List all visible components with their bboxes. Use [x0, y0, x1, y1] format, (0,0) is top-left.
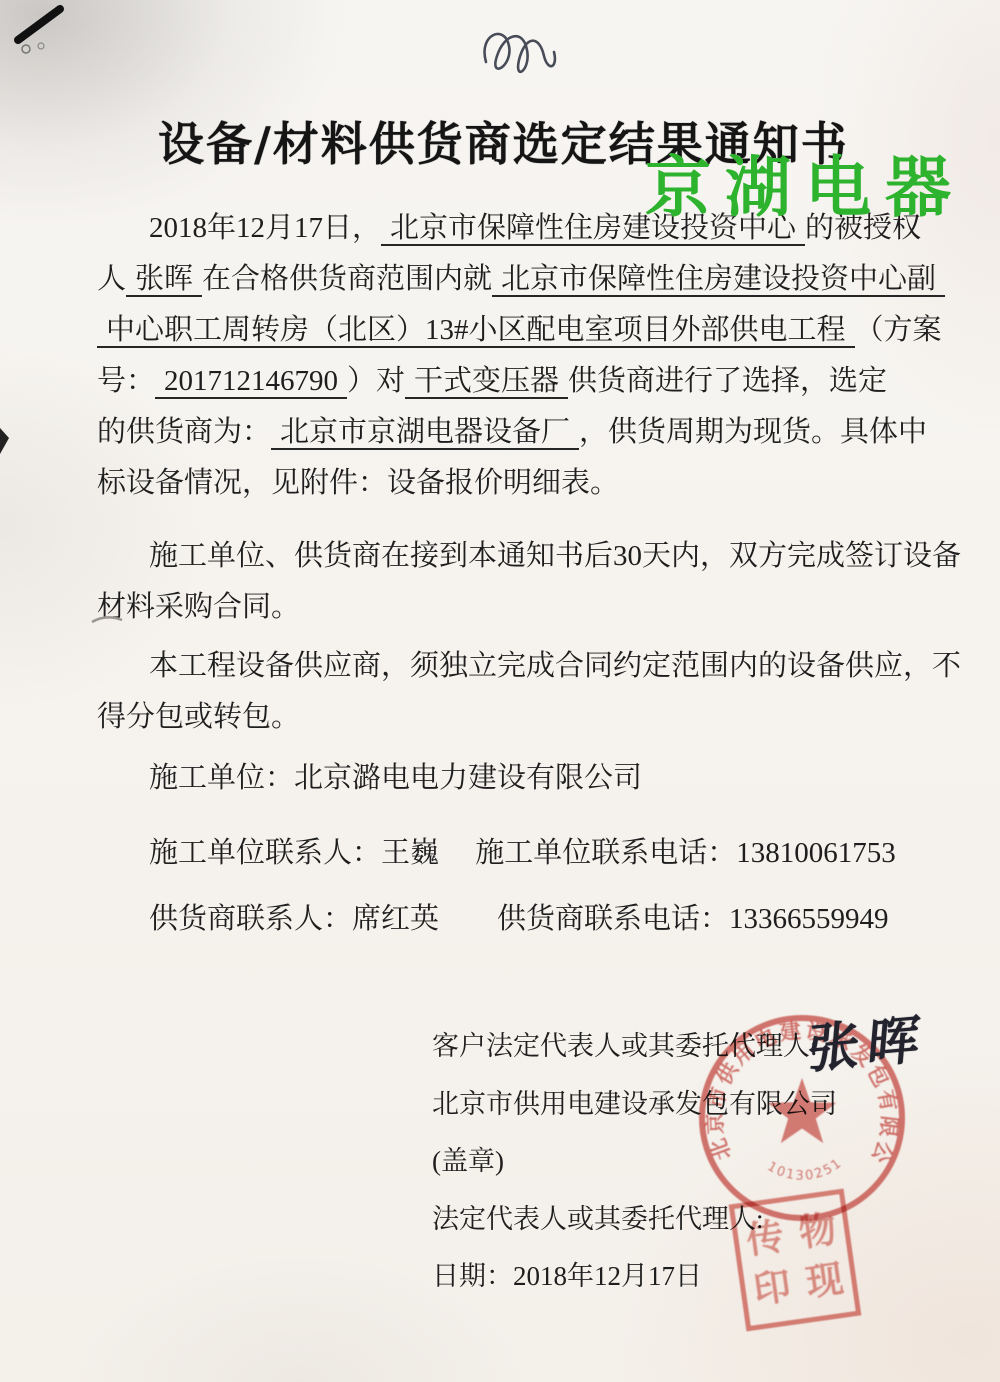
underlined-field-scheme-number: 201712146790 [155, 365, 347, 399]
green-watermark: 京湖电器 [645, 134, 965, 229]
underlined-field-agent: 张晖 [126, 263, 202, 297]
underlined-field-project: 北京市保障性住房建设投资中心副 [492, 263, 945, 297]
text-run: ，供货周期为现货。具体中 [579, 416, 927, 448]
paragraph-contract-terms: 施工单位、供货商在接到本通知书后30天内，双方完成签订设备 材料采购合同。 [97, 531, 961, 633]
text-run: 号： [97, 365, 155, 397]
underlined-field-project: 中心职工周转房（北区）13#小区配电室项目外部供电工程 [97, 314, 855, 348]
document-page: 设备/材料供货商选定结果通知书 京湖电器 2018年12月17日，北京市保障性住… [0, 0, 1000, 1382]
stamp-star-icon [768, 1078, 836, 1143]
text-run: 标设备情况，见附件：设备报价明细表。 [97, 467, 619, 499]
text-run: 人 [97, 263, 126, 295]
text-line: 的供货商为：北京市京湖电器设备厂，供货周期为现货。具体中 [97, 407, 945, 458]
text-run: 在合格供货商范围内就 [202, 263, 492, 295]
staple-mark [18, 9, 60, 40]
text-run: 供货商进行了选择，选定 [568, 365, 887, 397]
construction-unit-line: 施工单位：北京潞电电力建设有限公司 [97, 753, 642, 804]
text-run: 的供货商为： [97, 416, 271, 448]
square-stamp-char: 现 [795, 1253, 854, 1310]
text-line: 材料采购合同。 [97, 582, 961, 633]
handwritten-scribble [485, 34, 555, 72]
text-line: 标设备情况，见附件：设备报价明细表。 [97, 458, 945, 509]
square-stamp-char: 印 [743, 1260, 802, 1317]
text-run: ）对 [347, 365, 405, 397]
supplier-contact-line: 供货商联系人：席红英 供货商联系电话：13366559949 [97, 894, 889, 945]
underlined-field-equipment: 干式变压器 [405, 365, 568, 399]
underlined-field-supplier: 北京市京湖电器设备厂 [271, 416, 579, 450]
text-line: 号：201712146790）对干式变压器供货商进行了选择，选定 [97, 356, 945, 407]
text-line: 施工单位、供货商在接到本通知书后30天内，双方完成签订设备 [97, 531, 961, 582]
text-run: 2018年12月17日， [149, 212, 381, 244]
edge-mark [0, 428, 9, 454]
text-line: 中心职工周转房（北区）13#小区配电室项目外部供电工程（方案 [97, 305, 945, 356]
handwritten-signature: 张晖 [805, 996, 931, 1082]
paragraph-no-subcontract: 本工程设备供应商，须独立完成合同约定范围内的设备供应，不 得分包或转包。 [97, 641, 961, 743]
paragraph-intro: 2018年12月17日，北京市保障性住房建设投资中心的被授权 人张晖在合格供货商… [97, 203, 945, 509]
text-line: 本工程设备供应商，须独立完成合同约定范围内的设备供应，不 [97, 641, 961, 692]
text-run: （方案 [855, 314, 942, 346]
scan-speck [22, 45, 30, 53]
text-line: 人张晖在合格供货商范围内就北京市保障性住房建设投资中心副 [97, 254, 945, 305]
text-line: 得分包或转包。 [97, 692, 961, 743]
construction-contact-line: 施工单位联系人：王巍 施工单位联系电话：13810061753 [97, 828, 896, 879]
square-stamp-char: 物 [788, 1203, 847, 1260]
square-stamp-char: 传 [736, 1210, 795, 1267]
square-stamp: 传 物 印 现 [729, 1189, 862, 1332]
scan-speck [38, 43, 44, 49]
